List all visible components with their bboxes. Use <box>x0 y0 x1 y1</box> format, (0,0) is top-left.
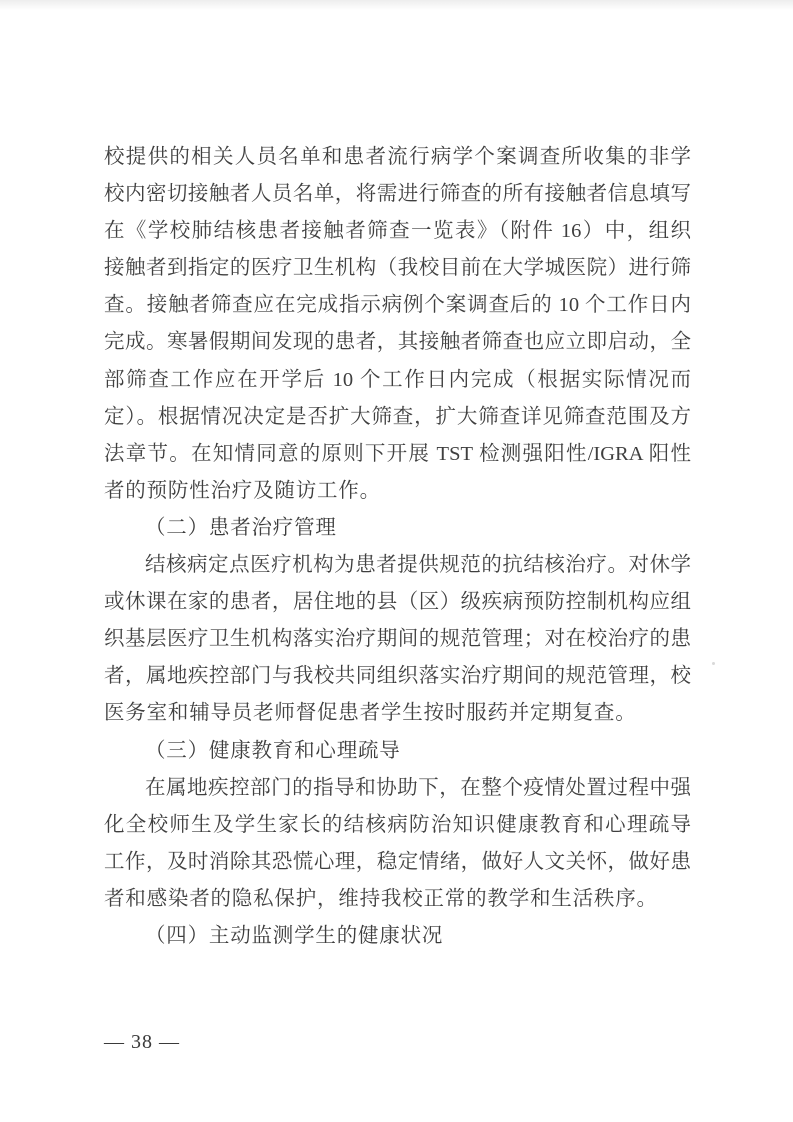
text-line: 结核病定点医疗机构为患者提供规范的抗结核治疗。对休学 <box>104 547 691 584</box>
text-line: 工作，及时消除其恐慌心理，稳定情绪，做好人文关怀，做好患 <box>104 844 691 881</box>
document-page: 校提供的相关人员名单和患者流行病学个案调查所收集的非学 校内密切接触者人员名单，… <box>0 0 793 1122</box>
page-number: — 38 — <box>104 1029 180 1055</box>
text-line: 或休课在家的患者，居住地的县（区）级疾病预防控制机构应组 <box>104 584 691 621</box>
text-line: 部筛查工作应在开学后 10 个工作日内完成（根据实际情况而 <box>104 362 691 399</box>
text-line: 接触者到指定的医疗卫生机构（我校目前在大学城医院）进行筛 <box>104 250 691 287</box>
text-line: 校提供的相关人员名单和患者流行病学个案调查所收集的非学 <box>104 139 691 176</box>
text-line: 者，属地疾控部门与我校共同组织落实治疗期间的规范管理，校 <box>104 658 691 695</box>
text-line: 者的预防性治疗及随访工作。 <box>104 473 691 510</box>
section-heading-4: （四）主动监测学生的健康状况 <box>104 918 691 955</box>
text-line: 查。接触者筛查应在完成指示病例个案调查后的 10 个工作日内 <box>104 287 691 324</box>
text-line: 定）。根据情况决定是否扩大筛查，扩大筛查详见筛查范围及方 <box>104 399 691 436</box>
text-line: 医务室和辅导员老师督促患者学生按时服药并定期复查。 <box>104 695 691 732</box>
scan-artifact <box>712 662 715 665</box>
text-line: 在属地疾控部门的指导和协助下，在整个疫情处置过程中强 <box>104 770 691 807</box>
text-line: 校内密切接触者人员名单，将需进行筛查的所有接触者信息填写 <box>104 176 691 213</box>
scan-edge-shadow <box>0 0 793 10</box>
text-line: 完成。寒暑假期间发现的患者，其接触者筛查也应立即启动，全 <box>104 324 691 361</box>
text-line: 织基层医疗卫生机构落实治疗期间的规范管理；对在校治疗的患 <box>104 621 691 658</box>
text-line: 者和感染者的隐私保护，维持我校正常的教学和生活秩序。 <box>104 881 691 918</box>
section-heading-3: （三）健康教育和心理疏导 <box>104 733 691 770</box>
document-body: 校提供的相关人员名单和患者流行病学个案调查所收集的非学 校内密切接触者人员名单，… <box>104 139 691 955</box>
text-line: 法章节。在知情同意的原则下开展 TST 检测强阳性/IGRA 阳性 <box>104 436 691 473</box>
section-heading-2: （二）患者治疗管理 <box>104 510 691 547</box>
text-line: 在《学校肺结核患者接触者筛查一览表》（附件 16）中，组织 <box>104 213 691 250</box>
text-line: 化全校师生及学生家长的结核病防治知识健康教育和心理疏导 <box>104 807 691 844</box>
